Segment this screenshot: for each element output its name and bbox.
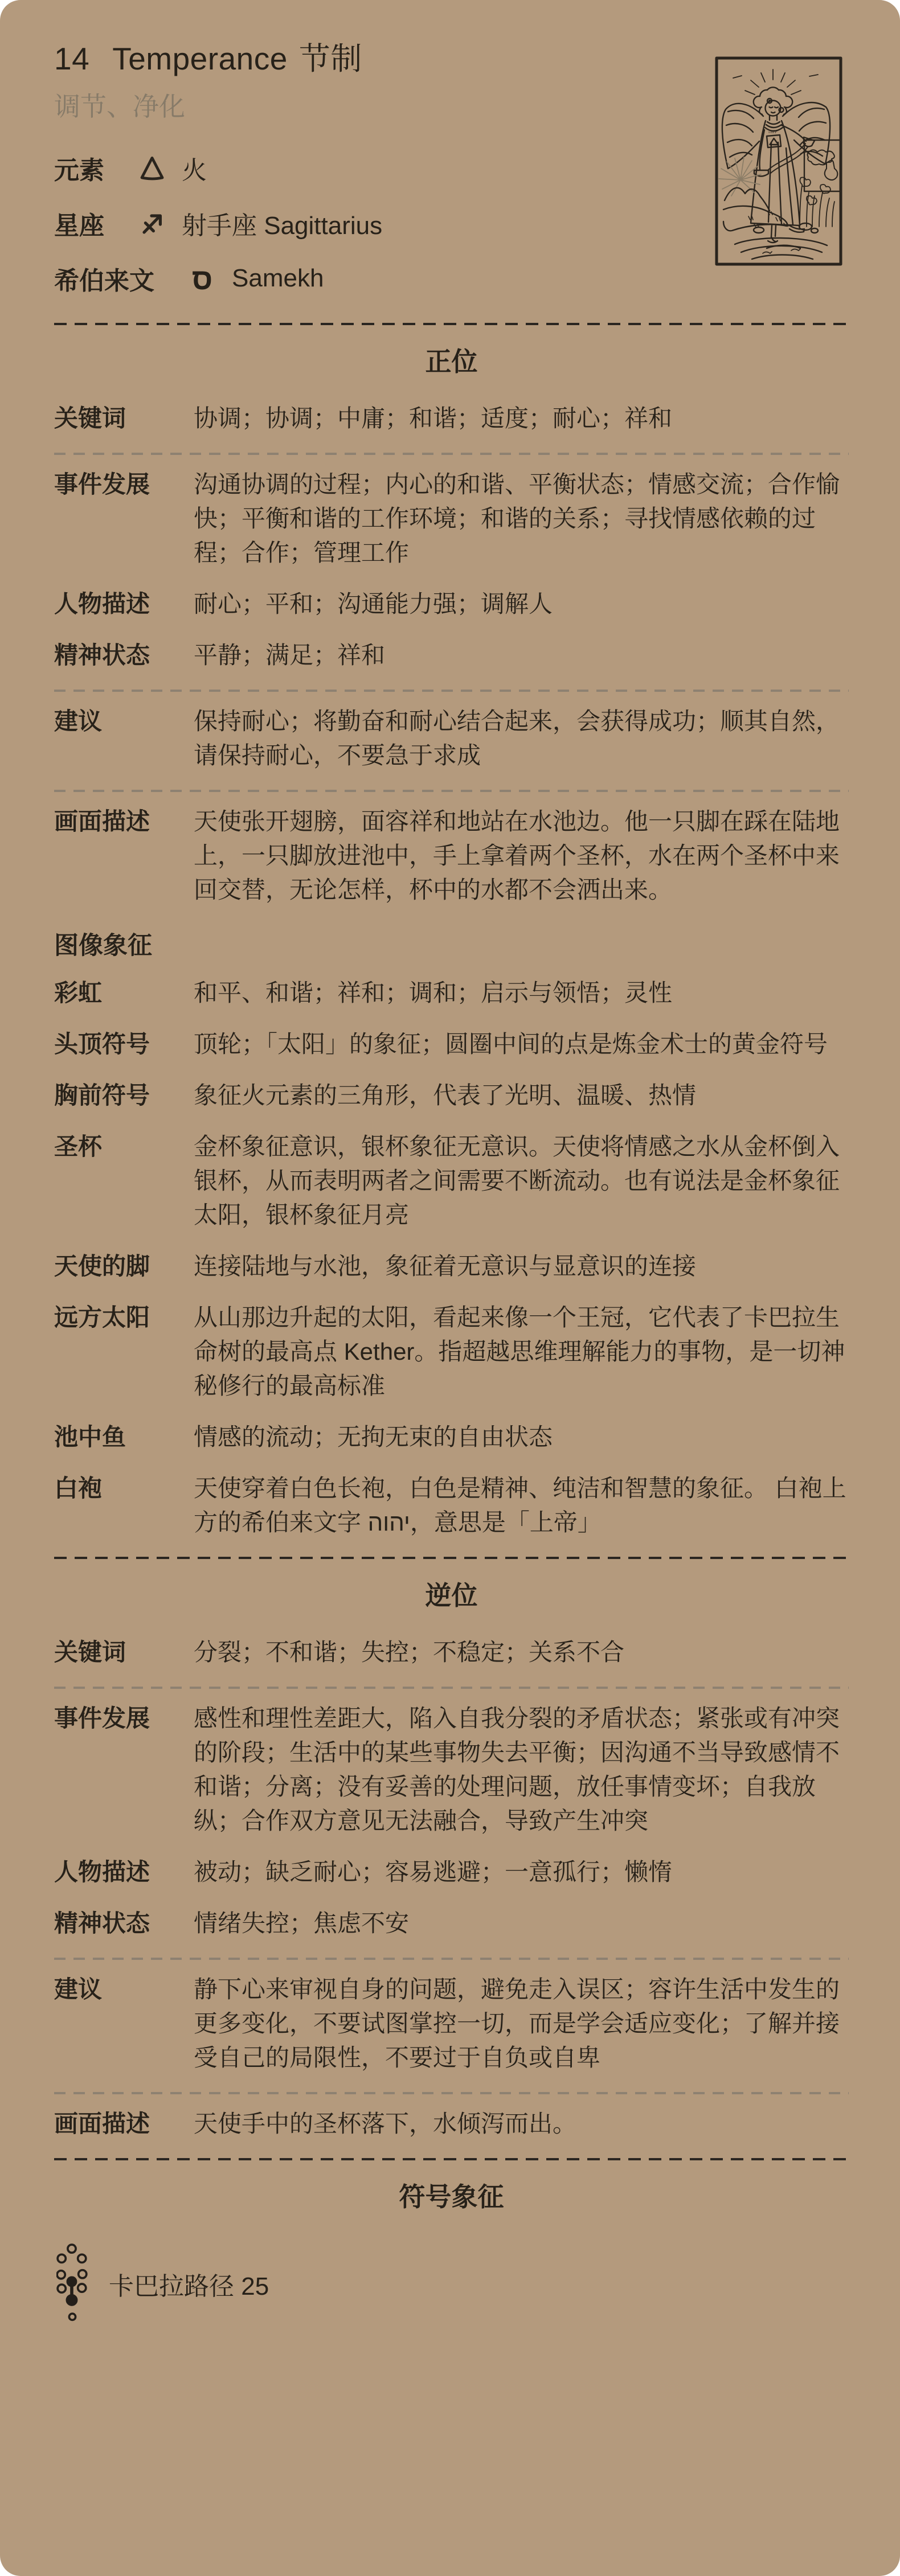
row-value: 平静；满足；祥和 <box>194 638 849 672</box>
row-label: 画面描述 <box>54 805 194 907</box>
row-value: 被动；缺乏耐心；容易逃避；一意孤行；懒惰 <box>194 1855 849 1889</box>
row-label: 胸前符号 <box>54 1078 194 1113</box>
row-divider <box>54 690 849 692</box>
symbol-row-distant-sun: 远方太阳 从山那边升起的太阳，看起来像一个王冠，它代表了卡巴拉生命树的最高点 K… <box>54 1301 849 1403</box>
upright-row-advice: 建议 保持耐心；将勤奋和耐心结合起来，会获得成功；顺其自然，请保持耐心，不要急于… <box>54 704 849 773</box>
symbol-row-cups: 圣杯 金杯象征意识，银杯象征无意识。天使将情感之水从金杯倒入银杯，从而表明两者之… <box>54 1130 849 1232</box>
upright-row-person: 人物描述 耐心；平和；沟通能力强；调解人 <box>54 587 849 621</box>
row-label: 精神状态 <box>54 638 194 672</box>
row-label: 建议 <box>54 704 194 773</box>
reversed-row-mental-state: 精神状态 情绪失控；焦虑不安 <box>54 1906 849 1941</box>
section-divider <box>54 1557 849 1559</box>
row-value: 象征火元素的三角形，代表了光明、温暖、热情 <box>194 1078 849 1113</box>
upright-row-events: 事件发展 沟通协调的过程；内心的和谐、平衡状态；情感交流；合作愉快；平衡和谐的工… <box>54 467 849 570</box>
row-label: 远方太阳 <box>54 1301 194 1403</box>
symbol-row-pool-fish: 池中鱼 情感的流动；无拘无束的自由状态 <box>54 1420 849 1454</box>
tarot-reference-page: 14Temperance节制 调节、净化 元素 火 星座 射手座 Sagitta… <box>0 0 900 2576</box>
row-label: 人物描述 <box>54 1855 194 1889</box>
row-value: 分裂；不和谐；失控；不稳定；关系不合 <box>194 1635 849 1670</box>
attribute-value: 火 <box>182 150 207 186</box>
row-label: 关键词 <box>54 1635 194 1670</box>
sagittarius-icon <box>137 210 167 237</box>
row-value: 协调；协调；中庸；和谐；适度；耐心；祥和 <box>194 401 849 436</box>
samekh-letter-icon: ס <box>187 264 217 293</box>
row-label: 头顶符号 <box>54 1027 194 1061</box>
row-value: 顶轮；「太阳」的象征；圆圈中间的点是炼金术士的黄金符号 <box>194 1027 849 1061</box>
row-value: 天使张开翅膀，面容祥和地站在水池边。他一只脚在踩在陆地上，一只脚放进池中，手上拿… <box>194 805 849 907</box>
row-label: 彩虹 <box>54 976 194 1010</box>
row-label: 圣杯 <box>54 1130 194 1232</box>
row-value: 和平、和谐；祥和；调和；启示与领悟；灵性 <box>194 976 849 1010</box>
row-label: 池中鱼 <box>54 1420 194 1454</box>
row-divider <box>54 1958 849 1960</box>
svg-text:יהוה: יהוה <box>768 129 778 134</box>
row-value: 天使手中的圣杯落下，水倾泻而出。 <box>194 2107 849 2141</box>
reversed-heading: 逆位 <box>54 1575 849 1613</box>
row-label: 事件发展 <box>54 1701 194 1838</box>
symbol-row-chest-symbol: 胸前符号 象征火元素的三角形，代表了光明、温暖、热情 <box>54 1078 849 1113</box>
row-divider <box>54 1687 849 1689</box>
section-divider <box>54 2158 849 2160</box>
symbol-row-head-symbol: 头顶符号 顶轮；「太阳」的象征；圆圈中间的点是炼金术士的黄金符号 <box>54 1027 849 1061</box>
temperance-card-illustration: יהוה <box>714 56 843 266</box>
attribute-value: Samekh <box>232 264 324 293</box>
symbol-row-white-robe: 白袍 天使穿着白色长袍，白色是精神、纯洁和智慧的象征。 白袍上方的希伯来文字 י… <box>54 1471 849 1540</box>
row-label: 建议 <box>54 1972 194 2075</box>
symbol-row-angel-feet: 天使的脚 连接陆地与水池，象征着无意识与显意识的连接 <box>54 1249 849 1283</box>
reversed-row-keywords: 关键词 分裂；不和谐；失控；不稳定；关系不合 <box>54 1635 849 1670</box>
row-divider <box>54 790 849 792</box>
row-value: 情感的流动；无拘无束的自由状态 <box>194 1420 849 1454</box>
section-divider <box>54 323 849 325</box>
symbol-row-rainbow: 彩虹 和平、和谐；祥和；调和；启示与领悟；灵性 <box>54 976 849 1010</box>
row-label: 事件发展 <box>54 467 194 570</box>
row-value: 静下心来审视自身的问题，避免走入误区；容许生活中发生的更多变化，不要试图掌控一切… <box>194 1972 849 2075</box>
attribute-label: 元素 <box>54 150 104 186</box>
reversed-row-events: 事件发展 感性和理性差距大，陷入自我分裂的矛盾状态；紧张或有冲突的阶段；生活中的… <box>54 1701 849 1838</box>
row-divider <box>54 453 849 455</box>
row-divider <box>54 2092 849 2094</box>
card-title-en: Temperance <box>112 41 288 76</box>
card-number: 14 <box>54 41 89 76</box>
kabbalah-path-row: 卡巴拉路径 25 <box>54 2243 849 2324</box>
attribute-label: 星座 <box>54 205 104 241</box>
reversed-row-advice: 建议 静下心来审视自身的问题，避免走入误区；容许生活中发生的更多变化，不要试图掌… <box>54 1972 849 2075</box>
row-value: 沟通协调的过程；内心的和谐、平衡状态；情感交流；合作愉快；平衡和谐的工作环境；和… <box>194 467 849 570</box>
kabbalah-tree-icon <box>56 2243 89 2324</box>
row-value: 情绪失控；焦虑不安 <box>194 1906 849 1941</box>
row-value: 保持耐心；将勤奋和耐心结合起来，会获得成功；顺其自然，请保持耐心，不要急于求成 <box>194 704 849 773</box>
upright-heading: 正位 <box>54 341 849 379</box>
row-value: 金杯象征意识，银杯象征无意识。天使将情感之水从金杯倒入银杯，从而表明两者之间需要… <box>194 1130 849 1232</box>
attribute-label: 希伯来文 <box>54 260 154 297</box>
row-label: 天使的脚 <box>54 1249 194 1283</box>
kabbalah-path-label: 卡巴拉路径 25 <box>109 2266 269 2302</box>
reversed-row-person: 人物描述 被动；缺乏耐心；容易逃避；一意孤行；懒惰 <box>54 1855 849 1889</box>
upright-row-keywords: 关键词 协调；协调；中庸；和谐；适度；耐心；祥和 <box>54 401 849 436</box>
row-label: 精神状态 <box>54 1906 194 1941</box>
symbols-heading: 符号象征 <box>54 2176 849 2214</box>
attribute-value: 射手座 Sagittarius <box>182 205 382 241</box>
upright-row-mental-state: 精神状态 平静；满足；祥和 <box>54 638 849 672</box>
row-label: 人物描述 <box>54 587 194 621</box>
row-value: 连接陆地与水池，象征着无意识与显意识的连接 <box>194 1249 849 1283</box>
row-label: 关键词 <box>54 401 194 436</box>
fire-triangle-icon <box>137 154 167 182</box>
row-label: 白袍 <box>54 1471 194 1540</box>
row-value: 感性和理性差距大，陷入自我分裂的矛盾状态；紧张或有冲突的阶段；生活中的某些事物失… <box>194 1701 849 1838</box>
card-title-zh: 节制 <box>299 41 362 76</box>
row-value: 从山那边升起的太阳，看起来像一个王冠，它代表了卡巴拉生命树的最高点 Kether… <box>194 1301 849 1403</box>
reversed-row-scene: 画面描述 天使手中的圣杯落下，水倾泻而出。 <box>54 2107 849 2141</box>
row-value: 天使穿着白色长袍，白色是精神、纯洁和智慧的象征。 白袍上方的希伯来文字 יהוה… <box>194 1471 849 1540</box>
image-symbols-heading: 图像象征 <box>54 926 849 961</box>
row-value: 耐心；平和；沟通能力强；调解人 <box>194 587 849 621</box>
row-label: 画面描述 <box>54 2107 194 2141</box>
upright-row-scene: 画面描述 天使张开翅膀，面容祥和地站在水池边。他一只脚在踩在陆地上，一只脚放进池… <box>54 805 849 907</box>
